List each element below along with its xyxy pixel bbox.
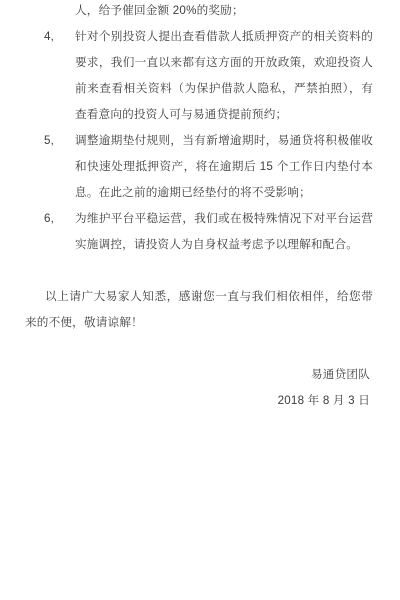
signature-date: 2018 年 8 月 3 日 [0, 388, 370, 414]
list-item-3-continuation-text: 人，给予催回金额 20%的奖励； [0, 0, 400, 24]
notice-document-page: 人，给予催回金额 20%的奖励； 4, 针对个别投资人提出查看借款人抵质押资产的… [0, 0, 400, 598]
list-item-6-number: 6, [44, 206, 75, 258]
list-item-6: 6, 为维护平台平稳运营，我们或在极特殊情况下对平台运营实施调控，请投资人为自身… [0, 206, 400, 258]
list-item-4-text: 针对个别投资人提出查看借款人抵质押资产的相关资料的要求，我们一直以来都有这方面的… [75, 24, 373, 128]
signature-team-name: 易通贷团队 [0, 362, 370, 388]
document-content: 人，给予催回金额 20%的奖励； 4, 针对个别投资人提出查看借款人抵质押资产的… [0, 0, 400, 414]
list-item-5: 5, 调整逾期垫付规则，当有新增逾期时，易通贷将积极催收和快速处理抵押资产，将在… [0, 128, 400, 206]
list-item-5-text: 调整逾期垫付规则，当有新增逾期时，易通贷将积极催收和快速处理抵押资产，将在逾期后… [75, 128, 373, 206]
signature-block: 易通贷团队 2018 年 8 月 3 日 [0, 362, 400, 414]
list-item-4: 4, 针对个别投资人提出查看借款人抵质押资产的相关资料的要求，我们一直以来都有这… [0, 24, 400, 128]
closing-paragraph: 以上请广大易家人知悉，感谢您一直与我们相依相伴，给您带来的不便，敬请谅解！ [0, 284, 400, 336]
list-item-6-text: 为维护平台平稳运营，我们或在极特殊情况下对平台运营实施调控，请投资人为自身权益考… [75, 206, 373, 258]
list-item-4-number: 4, [44, 24, 75, 128]
list-item-5-number: 5, [44, 128, 75, 206]
